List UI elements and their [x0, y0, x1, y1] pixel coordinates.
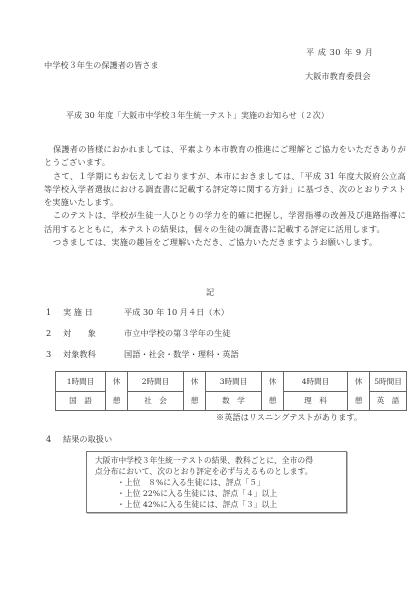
item-value: 市立中学校の第３学年の生徒: [124, 328, 230, 339]
paragraph-request: つきましては、実施の趣旨をご理解いただき、ご協力いただきますようお願いします。: [44, 236, 406, 249]
item-label: 対象教科: [63, 349, 96, 360]
break-cell: 休憩: [106, 372, 128, 411]
document-title: 平成 30 年度「大阪市中学校３年生統一テスト」実施のお知らせ（２次）: [66, 110, 329, 121]
results-bullet: ・上位 42%に入る生徒には、評点「３」以上: [117, 499, 277, 510]
paragraph-policy: さて、１学期にもお伝えしておりますが、本市におきましては、「平成 31 年度大阪…: [44, 170, 406, 210]
addressee: 中学校３年生の保護者の皆さま: [44, 60, 159, 71]
period-cell: 5時間目: [370, 372, 407, 392]
item-number: 4: [46, 434, 51, 444]
ki-heading: 記: [206, 287, 214, 298]
period-cell: 1時間目: [56, 372, 106, 392]
item-value: 国語・社会・数学・理科・英語: [124, 349, 239, 360]
results-text-line: 大阪市中学校３年生統一テストの結果、教科ごとに、全市の得: [95, 455, 313, 466]
item-label: 対 象: [63, 328, 96, 339]
listening-note: ※英語はリスニングテストがあります。: [216, 412, 362, 423]
subject-cell: 理 科: [284, 391, 348, 411]
results-box: 大阪市中学校３年生統一テストの結果、教科ごとに、全市の得 点分布において、次のと…: [86, 451, 347, 513]
period-cell: 3時間目: [206, 372, 262, 392]
period-cell: 4時間目: [284, 372, 348, 392]
item-number: 3: [46, 349, 51, 359]
sender: 大阪市教育委員会: [305, 71, 371, 82]
body-text: 保護者の皆様におかれましては、平素より本市教育の推進にご理解とご協力をいただきあ…: [44, 143, 406, 249]
item-label: 結果の取扱い: [63, 434, 112, 445]
results-text-line: 点分布において、次のとおり評定を必ず与えるものとします。: [95, 466, 313, 477]
results-bullet: ・上位 ８%に入る生徒には、評点「５」: [117, 477, 265, 488]
results-bullet: ・上位 22%に入る生徒には、評点「４」以上: [117, 488, 277, 499]
item-label: 実 施 日: [63, 307, 93, 318]
schedule-table: 1時間目 休憩 2時間目 休憩 3時間目 休憩 4時間目 休憩 5時間目 国 語…: [55, 371, 407, 411]
break-cell: 休憩: [348, 372, 370, 411]
period-cell: 2時間目: [128, 372, 184, 392]
break-cell: 休憩: [184, 372, 206, 411]
period-row: 1時間目 休憩 2時間目 休憩 3時間目 休憩 4時間目 休憩 5時間目: [56, 372, 407, 392]
item-number: 1: [46, 307, 51, 317]
item-number: 2: [46, 328, 51, 338]
break-cell: 休憩: [262, 372, 284, 411]
paragraph-purpose: このテストは、学校が生徒一人ひとりの学力を的確に把握し，学習指導の改善及び進路指…: [44, 209, 406, 236]
subject-cell: 社 会: [128, 391, 184, 411]
subject-cell: 数 学: [206, 391, 262, 411]
issue-date: 平 成 30 年 9 月: [306, 47, 373, 58]
subject-cell: 国 語: [56, 391, 106, 411]
subject-cell: 英 語: [370, 391, 407, 411]
paragraph-greeting: 保護者の皆様におかれましては、平素より本市教育の推進にご理解とご協力をいただきあ…: [44, 143, 406, 170]
item-value: 平成 30 年 10 月４日（木）: [124, 307, 229, 318]
